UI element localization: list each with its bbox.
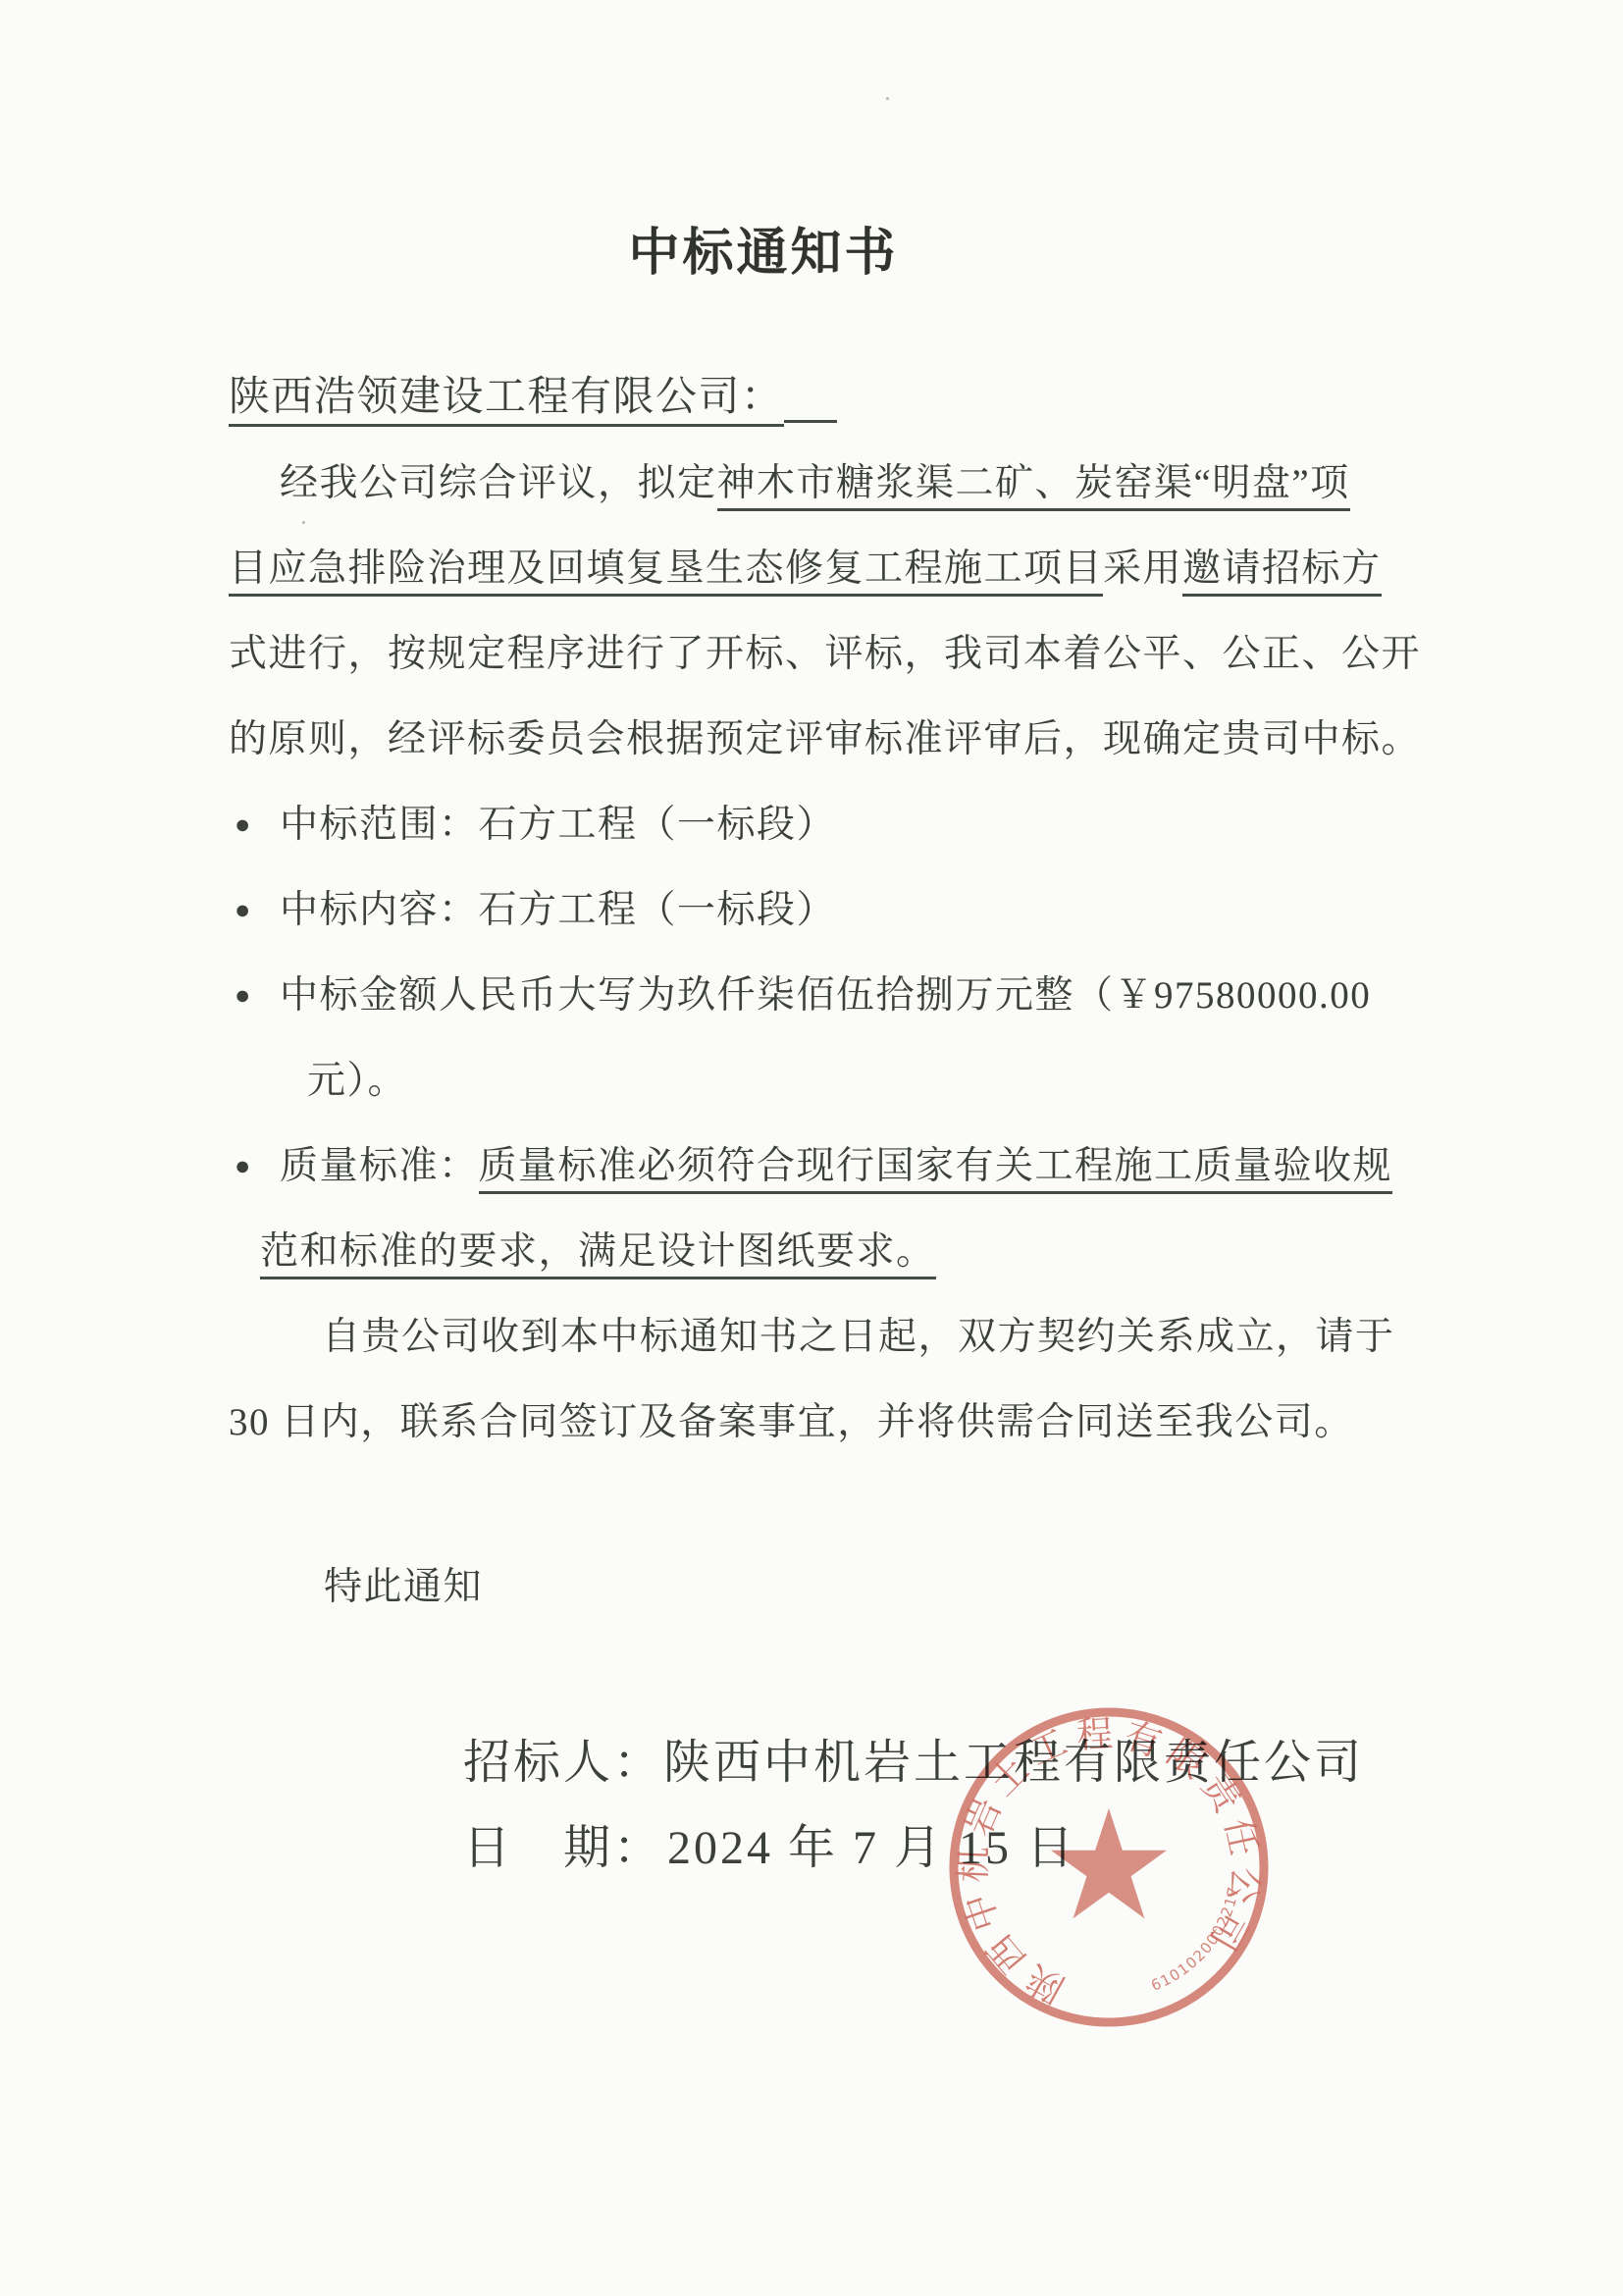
salutation-text: 陕西浩领建设工程有限公司： bbox=[229, 375, 784, 427]
bullet-icon: ● bbox=[235, 782, 252, 867]
document-body: 中标通知书 陕西浩领建设工程有限公司： 经我公司综合评议，拟定神木市糖浆渠二矿、… bbox=[229, 0, 1396, 1630]
bullet-text: 中标范围：石方工程（一标段） bbox=[280, 804, 836, 846]
text-segment: 采用 bbox=[1103, 548, 1182, 590]
salutation-underline-extension bbox=[784, 391, 837, 423]
date-label: 日 期： bbox=[463, 1822, 663, 1874]
underlined-segment: 邀请招标方 bbox=[1182, 548, 1382, 597]
bullet-item: ●中标金额人民币大写为玖仟柒佰伍拾捌万元整（￥97580000.00 bbox=[229, 953, 1396, 1038]
underlined-segment: 目应急排险治理及回填复垦生态修复工程施工项目 bbox=[229, 548, 1103, 597]
salutation-line: 陕西浩领建设工程有限公司： bbox=[229, 355, 1396, 441]
document-page: 中标通知书 陕西浩领建设工程有限公司： 经我公司综合评议，拟定神木市糖浆渠二矿、… bbox=[0, 0, 1623, 2296]
official-seal: 陕西中机岩土工程有限责任公司 6101020002217 bbox=[932, 1691, 1285, 2044]
paragraph-line: 30 日内，联系合同签订及备案事宜，并将供需合同送至我公司。 bbox=[229, 1380, 1396, 1465]
bullet-icon: ● bbox=[235, 867, 252, 953]
paragraph-line: 自贵公司收到本中标通知书之日起，双方契约关系成立，请于 bbox=[229, 1294, 1396, 1380]
paragraph-line: 经我公司综合评议，拟定神木市糖浆渠二矿、炭窑渠“明盘”项 bbox=[229, 441, 1396, 526]
notice-line: 特此通知 bbox=[229, 1544, 1396, 1630]
bullet-icon: ● bbox=[235, 953, 252, 1038]
underlined-segment: 神木市糖浆渠二矿、炭窑渠“明盘”项 bbox=[717, 462, 1350, 511]
bullet-text: 中标内容：石方工程（一标段） bbox=[280, 889, 836, 931]
bullet-icon: ● bbox=[235, 1123, 252, 1209]
seal-star-icon bbox=[1051, 1808, 1167, 1918]
issuer-label: 招标人： bbox=[463, 1737, 663, 1789]
paragraph-line: 式进行，按规定程序进行了开标、评标，我司本着公平、公正、公开 bbox=[229, 611, 1396, 697]
paragraph-line: 目应急排险治理及回填复垦生态修复工程施工项目采用邀请招标方 bbox=[229, 526, 1396, 611]
bullet-continuation-line: 范和标准的要求，满足设计图纸要求。 bbox=[229, 1209, 1396, 1294]
bullet-item: ●质量标准：质量标准必须符合现行国家有关工程施工质量验收规 bbox=[229, 1123, 1396, 1209]
bullet-text: 质量标准： bbox=[280, 1145, 479, 1187]
text-segment: 经我公司综合评议，拟定 bbox=[280, 462, 717, 504]
underlined-segment: 质量标准必须符合现行国家有关工程施工质量验收规 bbox=[479, 1145, 1393, 1194]
paragraph-line: 的原则，经评标委员会根据预定评审标准评审后，现确定贵司中标。 bbox=[229, 697, 1396, 782]
bullet-item: ●中标内容：石方工程（一标段） bbox=[229, 867, 1396, 953]
bullet-text: 中标金额人民币大写为玖仟柒佰伍拾捌万元整（￥97580000.00 bbox=[280, 974, 1371, 1017]
document-title: 中标通知书 bbox=[229, 214, 1396, 292]
underlined-segment: 范和标准的要求，满足设计图纸要求。 bbox=[260, 1230, 936, 1279]
bullet-continuation-line: 元）。 bbox=[229, 1038, 1396, 1123]
bullet-item: ●中标范围：石方工程（一标段） bbox=[229, 782, 1396, 867]
